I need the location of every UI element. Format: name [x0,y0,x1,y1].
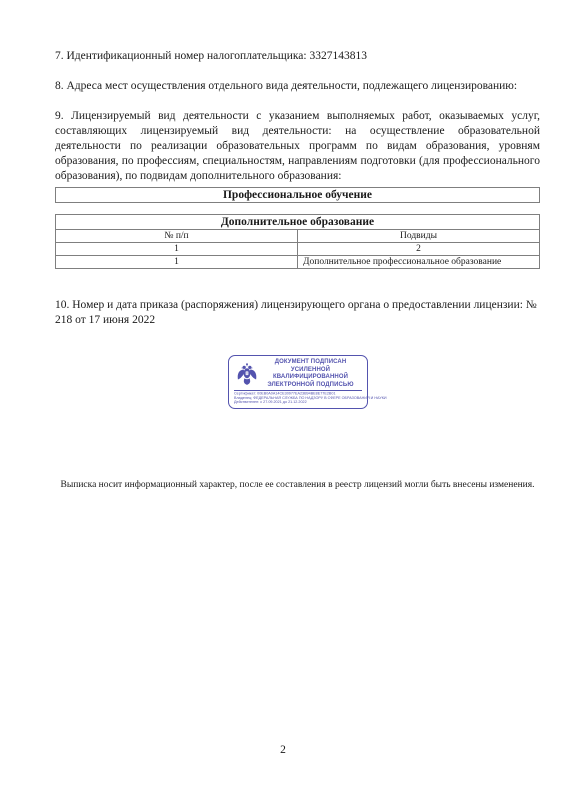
table-professional-education: Профессиональное обучение [55,187,540,203]
table-cell-value: 2 [298,243,540,256]
stamp-title-line3: ЭЛЕКТРОННОЙ ПОДПИСЬЮ [260,382,362,390]
paragraph-licensed-activity: 9. Лицензируемый вид деятельности с указ… [55,109,540,184]
table-cell-index: 1 [56,256,298,269]
table-header-row: № п/п Подвиды [56,230,540,243]
stamp-details: Сертификат: 00EB0A0A14CE30977EA23B94BE8E… [234,392,362,406]
paragraph-license-order: 10. Номер и дата приказа (распоряжения) … [55,298,540,328]
table-row: Профессиональное обучение [56,188,540,203]
stamp-title: ДОКУМЕНТ ПОДПИСАН УСИЛЕННОЙ КВАЛИФИЦИРОВ… [260,359,362,389]
stamp-divider [234,390,362,391]
column-header-subtypes: Подвиды [298,230,540,243]
table-row: Дополнительное образование [56,215,540,230]
table-cell-index: 1 [56,243,298,256]
stamp-title-line2: УСИЛЕННОЙ КВАЛИФИЦИРОВАННОЙ [260,367,362,382]
paragraph-activity-addresses: 8. Адреса мест осуществления отдельного … [55,79,540,94]
stamp-header: ДОКУМЕНТ ПОДПИСАН УСИЛЕННОЙ КВАЛИФИЦИРОВ… [234,359,362,389]
table-title-additional: Дополнительное образование [56,215,540,230]
document-content: 7. Идентификационный номер налогоплатель… [55,49,540,491]
column-header-number: № п/п [56,230,298,243]
paragraph-taxpayer-number: 7. Идентификационный номер налогоплатель… [55,49,540,64]
stamp-title-line1: ДОКУМЕНТ ПОДПИСАН [260,359,362,367]
table-additional-education: Дополнительное образование № п/п Подвиды… [55,214,540,269]
table-row: 1 Дополнительное профессиональное образо… [56,256,540,269]
stamp-validity: Действителен: с 27.09.2021 до 21.12.2022 [234,401,362,405]
signature-stamp: ДОКУМЕНТ ПОДПИСАН УСИЛЕННОЙ КВАЛИФИЦИРОВ… [228,355,368,409]
informational-note: Выписка носит информационный характер, п… [55,479,540,491]
page-number: 2 [0,744,566,756]
table-row: 1 2 [56,243,540,256]
coat-of-arms-icon [234,362,260,387]
table-title-professional: Профессиональное обучение [56,188,540,203]
document-page: 7. Идентификационный номер налогоплатель… [0,0,566,800]
table-cell-subtype: Дополнительное профессиональное образова… [298,256,540,269]
